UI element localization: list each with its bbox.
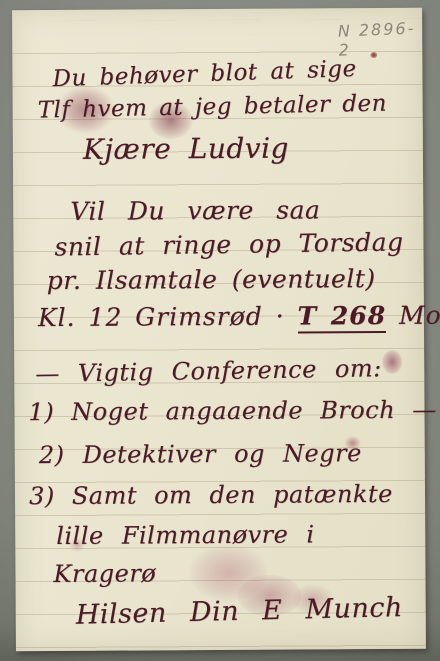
signature: Hilsen Din E Munch xyxy=(75,592,403,631)
letter-line-2: Tlf hvem at jeg betaler den xyxy=(37,91,387,124)
telephone-number-underlined: T 268 xyxy=(297,301,386,334)
ink-smudge xyxy=(189,545,267,601)
ink-stain xyxy=(382,350,402,374)
letter-line-4: Vil Du være saa xyxy=(70,195,320,226)
letter-line-5: snil at ringe op Torsdag xyxy=(54,227,403,261)
letter-line-10-list-item-2: 2) Detektiver og Negre xyxy=(39,439,362,469)
line-7-post: Moss xyxy=(386,300,440,330)
letter-line-12: lille Filmmanøvre i xyxy=(56,520,314,550)
scanned-letter-photo: { "annotations": { "archival_number": "N… xyxy=(0,0,440,661)
salutation: Kjære Ludvig xyxy=(83,132,289,166)
letter-line-11-list-item-3: 3) Samt om den patænkte xyxy=(29,480,393,510)
letter-line-1: Du behøver blot at sige xyxy=(52,56,357,92)
letter-line-7: Kl. 12 Grimsrød · T 268 Moss xyxy=(38,300,440,332)
letter-line-13: Kragerø xyxy=(53,559,156,588)
letter-paper: N 2896-2 Du behøver blot at sige Tlf hve… xyxy=(12,8,426,651)
letter-line-6: pr. Ilsamtale (eventuelt) xyxy=(47,264,376,295)
letter-line-9-list-item-1: 1) Noget angaaende Broch — xyxy=(28,396,436,426)
archival-number: N 2896-2 xyxy=(337,18,422,59)
line-7-pre: Kl. 12 Grimsrød · xyxy=(38,302,298,333)
letter-line-8: — Vigtig Conference om: xyxy=(35,354,382,388)
